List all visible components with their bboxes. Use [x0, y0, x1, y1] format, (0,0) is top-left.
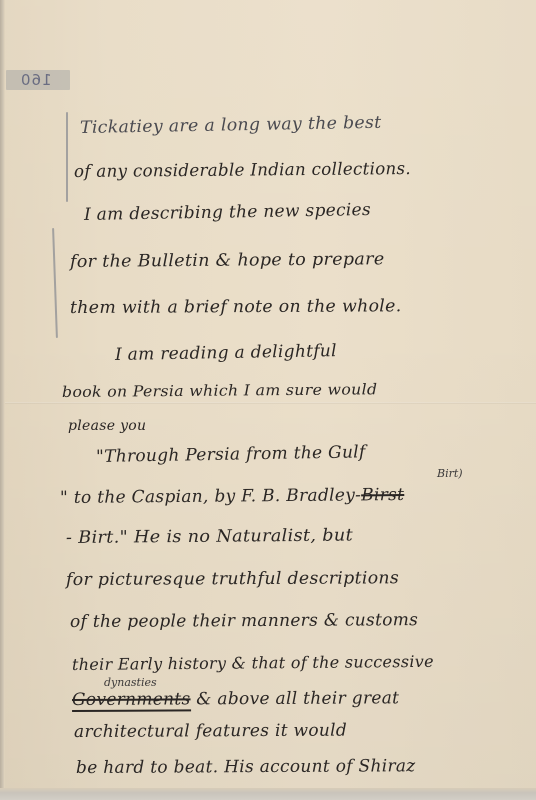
margin-pencil-mark: [66, 112, 68, 202]
handwritten-line: architectural features it would: [74, 721, 347, 742]
line-text: & above all their great: [196, 688, 399, 709]
insertion-above-text: dynasties: [104, 676, 157, 689]
handwritten-line: book on Persia which I am sure would: [62, 380, 377, 401]
handwritten-line: Tickatiey are a long way the best: [80, 113, 382, 138]
handwritten-line: please you: [68, 418, 146, 434]
handwritten-line: Governments & above all their great: [72, 688, 399, 710]
handwritten-line: them with a brief note on the whole.: [70, 296, 402, 318]
handwritten-line: "Through Persia from the Gulf: [96, 442, 366, 467]
handwritten-line: I am describing the new species: [84, 200, 371, 225]
handwritten-line: I am reading a delightful: [115, 341, 337, 365]
struck-word: Governments: [72, 689, 191, 712]
handwritten-line: for the Bulletin & hope to prepare: [70, 249, 385, 272]
page-bottom-edge: [0, 788, 536, 800]
line-text: " to the Caspian, by F. B. Bradley-: [60, 485, 361, 508]
letter-page: 160 Tickatiey are a long way the best of…: [0, 0, 536, 800]
handwritten-line: for picturesque truthful descriptions: [66, 568, 399, 590]
margin-pencil-mark: [52, 228, 58, 338]
paper-fold-line: [5, 402, 536, 404]
handwritten-line: be hard to beat. His account of Shiraz: [76, 756, 416, 778]
struck-word: Birst: [361, 485, 404, 505]
handwritten-line: of the people their manners & customs: [70, 610, 418, 632]
handwritten-line: " to the Caspian, by F. B. Bradley-Birst: [60, 485, 404, 508]
page-left-edge: [0, 0, 5, 800]
handwritten-line: - Birt." He is no Naturalist, but: [66, 525, 353, 548]
handwritten-line: their Early history & that of the succes…: [72, 652, 434, 674]
stamp-number: 160: [20, 71, 52, 89]
handwritten-line: of any considerable Indian collections.: [74, 159, 411, 182]
insertion-above-text: Birt): [437, 467, 463, 480]
archive-number-stamp: 160: [6, 70, 70, 90]
